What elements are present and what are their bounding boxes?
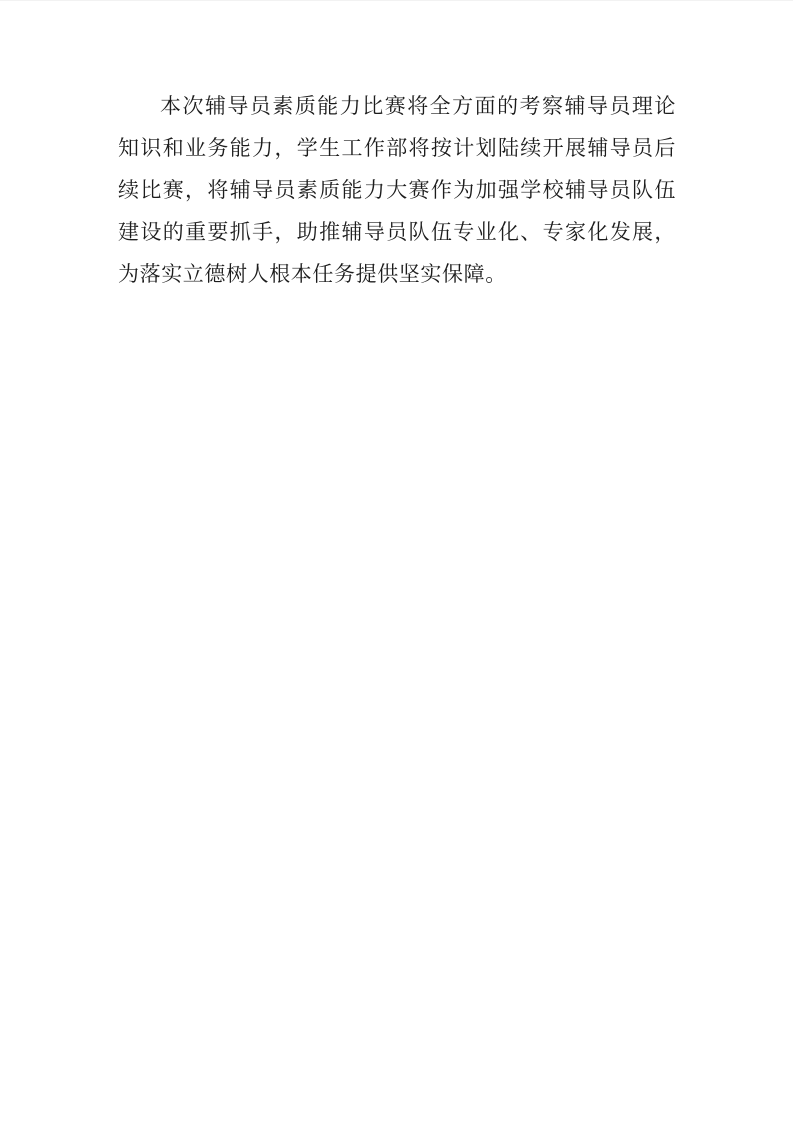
body-paragraph: 本次辅导员素质能力比赛将全方面的考察辅导员理论知识和业务能力，学生工作部将按计划… [118,85,676,295]
document-page: 本次辅导员素质能力比赛将全方面的考察辅导员理论知识和业务能力，学生工作部将按计划… [0,0,793,1122]
